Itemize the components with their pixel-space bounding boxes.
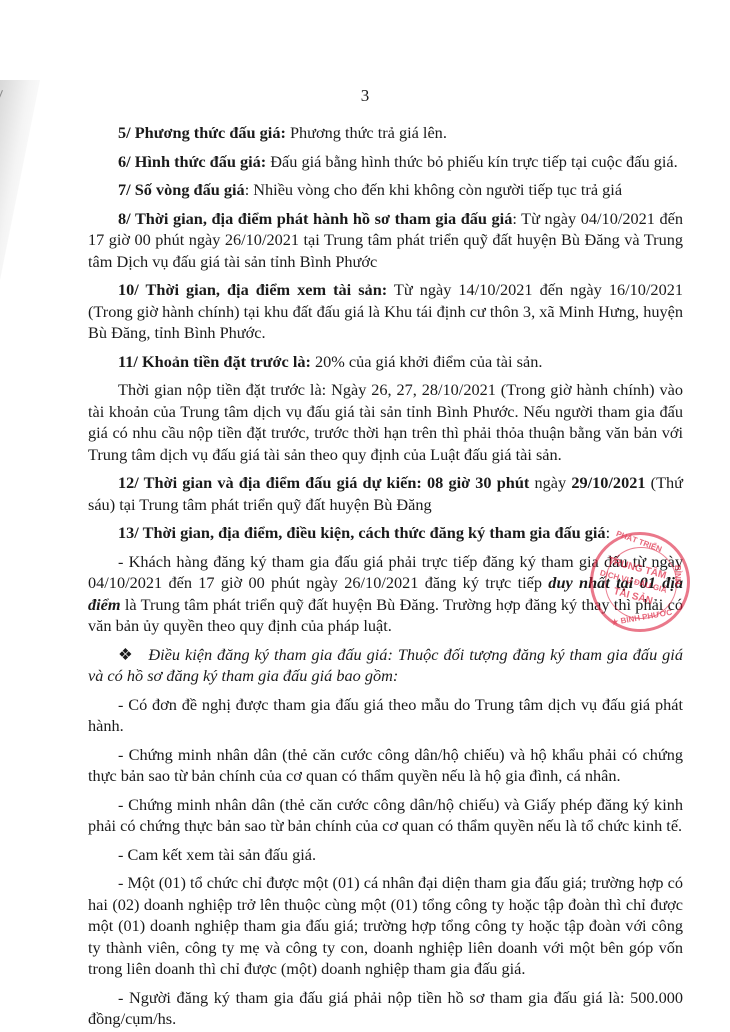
section-label: 6/ Hình thức đấu giá: (118, 152, 266, 171)
section-text: : Nhiều vòng cho đến khi không còn người… (245, 180, 622, 199)
section-11: 11/ Khoản tiền đặt trước là: 20% của giá… (88, 351, 683, 373)
section-6: 6/ Hình thức đấu giá: Đấu giá bằng hình … (88, 151, 683, 173)
section-label: 5/ Phương thức đấu giá: (118, 123, 286, 142)
section-5: 5/ Phương thức đấu giá: Phương thức trả … (88, 122, 683, 144)
section-text: Phương thức trả giá lên. (286, 123, 447, 142)
section-7: 7/ Số vòng đấu giá: Nhiều vòng cho đến k… (88, 179, 683, 201)
condition-item: - Cam kết xem tài sản đấu giá. (88, 844, 683, 866)
condition-item: - Chứng minh nhân dân (thẻ căn cước công… (88, 794, 683, 837)
section-label: 12/ Thời gian và địa điểm đấu giá dự kiế… (118, 473, 529, 492)
section-label: 10/ Thời gian, địa điểm xem tài sản: (118, 280, 387, 299)
condition-item: - Một (01) tổ chức chỉ được một (01) cá … (88, 872, 683, 980)
section-label: 7/ Số vòng đấu giá (118, 180, 245, 199)
section-label: 8/ Thời gian, địa điểm phát hành hồ sơ t… (118, 209, 512, 228)
section-text: 20% của giá khởi điểm của tài sản. (311, 352, 543, 371)
section-13: 13/ Thời gian, địa điểm, điều kiện, cách… (88, 522, 683, 544)
section-text: ngày (529, 473, 571, 492)
section-12: 12/ Thời gian và địa điểm đấu giá dự kiế… (88, 472, 683, 515)
deposit-paragraph: Thời gian nộp tiền đặt trước là: Ngày 26… (88, 379, 683, 465)
section-text: Đấu giá bằng hình thức bỏ phiếu kín trực… (266, 152, 677, 171)
section-label: 13/ Thời gian, địa điểm, điều kiện, cách… (118, 523, 606, 542)
auction-date: 29/10/2021 (571, 473, 645, 492)
section-label: 11/ Khoản tiền đặt trước là: (118, 352, 311, 371)
condition-item: - Chứng minh nhân dân (thẻ căn cước công… (88, 744, 683, 787)
page-fold-shadow (0, 80, 40, 280)
red-seal-stamp: PHÁT TRIỂN TRUNG TÂM DỊCH VỤ ĐẤU GIÁ TÀI… (590, 532, 690, 632)
conditions-heading: ❖ Điều kiện đăng ký tham gia đấu giá: Th… (88, 644, 683, 687)
page-number: 3 (0, 86, 730, 106)
condition-item: - Có đơn đề nghị được tham gia đấu giá t… (88, 694, 683, 737)
conditions-heading-text: Điều kiện đăng ký tham gia đấu giá: Thuộ… (88, 645, 683, 686)
stamp-side-text: BÌNH (673, 565, 682, 585)
section-text: : (606, 523, 611, 542)
section-10: 10/ Thời gian, địa điểm xem tài sản: Từ … (88, 279, 683, 344)
diamond-bullet-icon: ❖ (118, 645, 133, 664)
condition-item: - Người đăng ký tham gia đấu giá phải nộ… (88, 987, 683, 1030)
section-8: 8/ Thời gian, địa điểm phát hành hồ sơ t… (88, 208, 683, 273)
